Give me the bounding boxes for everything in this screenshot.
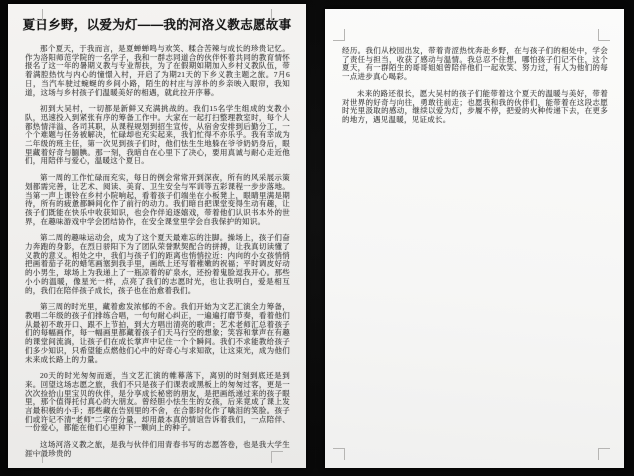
crop-mark-bottom-right xyxy=(271,451,283,463)
page2-body: 经历。我们从校园出发，带着青涩热忱奔赴乡野，在与孩子们的相处中，学会了责任与担当… xyxy=(342,47,608,125)
document-photo: 夏日乡野，以爱为灯——我的河洛义教志愿故事 那个夏天，于我而言，是夏蝉蝉鸣与欢笑… xyxy=(0,0,634,476)
crop-mark-bottom-left xyxy=(333,448,345,460)
document-page-1: 夏日乡野，以爱为灯——我的河洛义教志愿故事 那个夏天，于我而言，是夏蝉蝉鸣与欢笑… xyxy=(8,4,306,468)
document-paragraph-continuation: 经历。我们从校园出发，带着青涩热忱奔赴乡野，在与孩子们的相处中，学会了责任与担当… xyxy=(342,47,608,82)
document-paragraph: 第三周的时光里，藏着愈发浓郁的不舍。我们开始为文艺汇演全力筹备，教唱二年级的孩子… xyxy=(25,303,290,364)
document-paragraph: 第二周的趣味运动会，成为了这个夏天最难忘的注脚。操场上，孩子们奋力奔跑的身影，在… xyxy=(25,234,290,295)
crop-mark-top-left xyxy=(31,9,43,21)
document-paragraph: 这场河洛义教之旅，是我与伙伴们用青春书写的志愿答卷，也是我大学生涯中最珍贵的 xyxy=(25,441,290,458)
document-paragraph: 第一周的工作忙碌而充实，每日的例会常常开到深夜，所有的风采展示策划都需完善，让艺… xyxy=(25,174,290,226)
document-paragraph: 未来的路还很长，愿大吴村的孩子们能带着这个夏天的温暖与美好，带着对世界的好奇与向… xyxy=(342,90,608,125)
crop-mark-bottom-left xyxy=(31,451,43,463)
document-paragraph: 初到大吴村，一切都是新鲜又充满挑战的。我们15名学生组成的支教小队，迅速投入到紧… xyxy=(25,105,290,166)
page1-body: 那个夏天，于我而言，是夏蝉蝉鸣与欢笑、糅合苦辣与成长的珍贵记忆。作为洛阳师范学院… xyxy=(25,45,290,459)
crop-mark-top-right xyxy=(271,9,283,21)
document-paragraph: 20天的时光匆匆而逝，当文艺汇演的帷幕落下，离别的时刻到底还是到来。回望这场志愿… xyxy=(25,372,290,433)
document-paragraph: 那个夏天，于我而言，是夏蝉蝉鸣与欢笑、糅合苦辣与成长的珍贵记忆。作为洛阳师范学院… xyxy=(25,45,290,97)
crop-mark-bottom-right xyxy=(598,448,610,460)
document-title: 夏日乡野，以爱为灯——我的河洛义教志愿故事 xyxy=(22,15,292,33)
crop-mark-top-left xyxy=(333,29,345,41)
crop-mark-top-right xyxy=(598,29,610,41)
document-page-2: 经历。我们从校园出发，带着青涩热忱奔赴乡野，在与孩子们的相处中，学会了责任与担当… xyxy=(325,9,624,468)
